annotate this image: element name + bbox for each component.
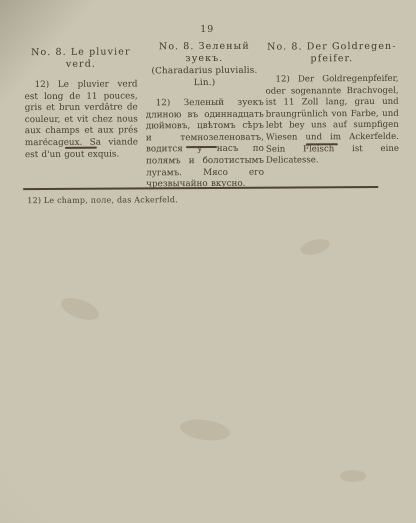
column-russian-header: No. 8. Зеленый зуекъ. (Charadarius pluvi… — [145, 41, 263, 90]
column-russian-body: 12) Зеленый зуекъ длиною въ одиннадцать … — [146, 98, 265, 191]
section-rule-russian — [186, 146, 217, 148]
scanned-book-page: 19 No. 8. Le pluvier verd. 12) Le pluvie… — [0, 0, 416, 523]
column-russian: No. 8. Зеленый зуекъ. (Charadarius pluvi… — [145, 41, 264, 191]
column-german-header-line2: pfeifer. — [265, 53, 398, 66]
column-french-body: 12) Le pluvier verd est long de 11 pouce… — [25, 79, 138, 161]
footnote-text: 12) Le champ, поле, das Ackerfeld. — [27, 195, 178, 205]
column-german: No. 8. Der Goldregen- pfeifer. 12) Der G… — [265, 41, 399, 168]
page-content: 19 No. 8. Le pluvier verd. 12) Le pluvie… — [0, 0, 416, 523]
page-number: 19 — [0, 23, 415, 37]
section-rule-german — [306, 143, 338, 145]
column-german-header: No. 8. Der Goldregen- pfeifer. — [265, 41, 398, 66]
column-russian-header-title: No. 8. Зеленый зуекъ. — [145, 41, 263, 66]
column-french: No. 8. Le pluvier verd. 12) Le pluvier v… — [24, 46, 138, 161]
column-russian-latin-name: (Charadarius pluvialis. Lin.) — [145, 65, 263, 90]
section-rule-french — [65, 147, 97, 149]
column-french-header: No. 8. Le pluvier verd. — [24, 46, 137, 71]
column-german-header-line1: No. 8. Der Goldregen- — [265, 41, 398, 54]
column-german-body: 12) Der Goldregenpfeifer, oder sogenannt… — [265, 74, 399, 168]
